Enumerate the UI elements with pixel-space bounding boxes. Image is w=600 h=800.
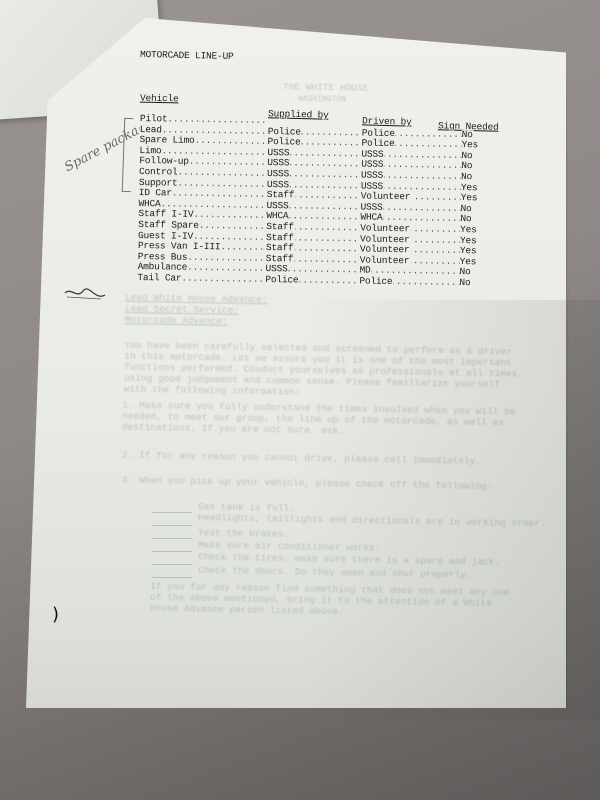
- checkbox-blank-line: [152, 551, 192, 552]
- supplied-by-cell: Police: [265, 275, 299, 286]
- checkbox-blank-line: [152, 538, 192, 539]
- vehicle-cell: Tail Car: [137, 273, 182, 284]
- sign-needed-cell: No: [459, 278, 471, 289]
- closing-paragraph: If you for any reason find something tha…: [150, 581, 521, 620]
- checkbox-blank-line: [152, 512, 192, 513]
- checkbox-blank-line: [152, 525, 192, 526]
- ink-scribble-mark: [63, 285, 108, 305]
- column-header-vehicle: Vehicle: [140, 94, 179, 105]
- intro-paragraph: You have been carefully selected and scr…: [124, 340, 525, 402]
- letterhead-line-1: THE WHITE HOUSE: [283, 81, 369, 93]
- driven-by-cell: Police: [359, 276, 393, 287]
- checkbox-blank-line: [152, 577, 192, 578]
- ink-arc-mark: ): [52, 604, 59, 625]
- instruction-item-1: 1. Make sure you fully understand the ti…: [122, 399, 528, 439]
- contact-label-3: Motorcade Advance:: [125, 314, 228, 327]
- checklist-item: Test the brakes.: [198, 527, 289, 540]
- letterhead-line-2: WASHINGTON: [298, 94, 346, 106]
- document-title: MOTORCADE LINE-UP: [140, 50, 234, 63]
- checkbox-blank-line: [152, 564, 192, 565]
- motorcade-table: ........................................…: [137, 114, 480, 289]
